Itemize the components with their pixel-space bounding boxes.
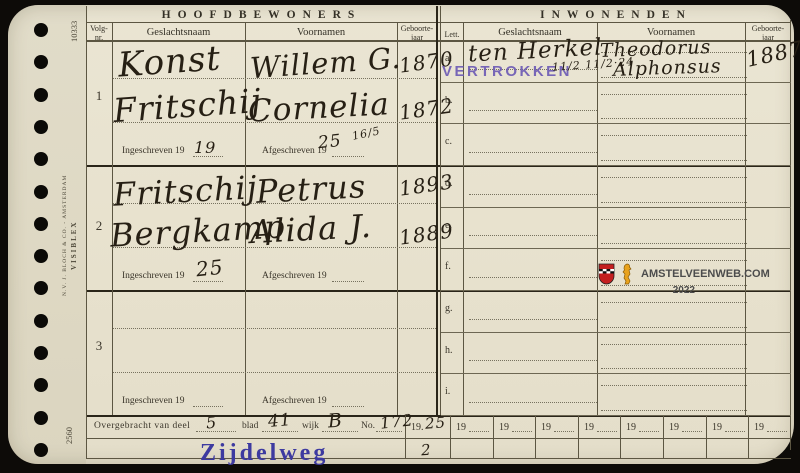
no-label: No. xyxy=(361,421,375,431)
amstelveen-shield-icon xyxy=(598,263,615,285)
entry-voornamen: Alida J. xyxy=(249,207,373,251)
ingeschreven-label: Ingeschreven 19 xyxy=(122,396,185,406)
punch-hole xyxy=(34,314,48,328)
punch-hole xyxy=(34,249,48,263)
volgnr-2: 2 xyxy=(86,218,112,234)
blad-label: blad xyxy=(242,421,258,431)
punch-hole xyxy=(34,217,48,231)
street-stamp: Zijdelweg xyxy=(200,440,328,467)
entry-geslachtsnaam: Konst xyxy=(117,38,223,85)
year-cell-4: 19 xyxy=(584,422,594,433)
ingeschreven-value: 19 xyxy=(194,138,216,157)
afgeschreven-value: 25 xyxy=(317,131,343,153)
inwonenden-row-i: i. xyxy=(441,373,791,416)
punch-hole xyxy=(34,120,48,134)
year-printed: 19. xyxy=(411,422,424,433)
inwonenden-row-h: h. xyxy=(441,332,791,375)
hoofdbewoners-title: HOOFDBEWONERS xyxy=(87,9,436,22)
form-number-bottom: 2560 xyxy=(64,414,74,444)
printer-name: VISIBLEX xyxy=(70,192,78,270)
afgeschreven-label: Afgeschreven 19 xyxy=(262,271,327,281)
year-cell-7: 19 xyxy=(712,422,722,433)
watermark-site: AMSTELVEENWEB.COM xyxy=(641,268,770,280)
volgnr-1: 1 xyxy=(86,88,112,104)
inwonenden-row-g: g. xyxy=(441,290,791,333)
lion-icon xyxy=(620,262,634,286)
inwonenden-row-c: c. xyxy=(441,123,791,166)
deel-value: 5 xyxy=(205,413,218,433)
year-value: 25 xyxy=(424,413,446,432)
inwonenden-row-e: e. xyxy=(441,207,791,250)
punch-hole xyxy=(34,411,48,425)
column-header-geslachtsnaam-left: Geslachtsnaam xyxy=(112,27,245,38)
printer-address: N.V. J. BLOCH & CO. - AMSTERDAM xyxy=(62,168,68,296)
year-cell-6: 19 xyxy=(669,422,679,433)
watermark: AMSTELVEENWEB.COM 2022 xyxy=(598,262,770,296)
column-header-voornamen-left: Voornamen xyxy=(245,27,397,38)
entry-voornamen: Cornelia xyxy=(247,86,391,129)
ingeschreven-label: Ingeschreven 19 xyxy=(122,146,185,156)
year-sub-value: 2 xyxy=(420,441,432,460)
blad-value: 41 xyxy=(267,410,292,432)
wijk-value: B xyxy=(327,410,343,433)
punch-hole xyxy=(34,346,48,360)
column-header-lett: Lett. xyxy=(441,29,463,40)
entry-voornamen: Petrus xyxy=(255,167,367,211)
ingeschreven-label: Ingeschreven 19 xyxy=(122,271,185,281)
column-header-voornamen-right: Voornamen xyxy=(597,27,745,38)
form-number-top: 10333 xyxy=(69,8,79,42)
punch-hole xyxy=(34,443,48,457)
scanned-register-card: 10333 VISIBLEX N.V. J. BLOCH & CO. - AMS… xyxy=(0,0,800,473)
year-cell-1: 19 xyxy=(456,422,466,433)
no-value: 172 xyxy=(379,410,414,432)
year-cell-8: 19 xyxy=(754,422,764,433)
punch-hole xyxy=(34,88,48,102)
year-cell-3: 19 xyxy=(541,422,551,433)
ingeschreven-value: 25 xyxy=(195,255,225,282)
year-cell-2: 19 xyxy=(499,422,509,433)
watermark-year: 2022 xyxy=(598,285,770,296)
punch-hole xyxy=(34,23,48,37)
inwonenden-row-b: b. xyxy=(441,82,791,125)
inwonenden-title: INWONENDEN xyxy=(441,9,791,22)
afgeschreven-label: Afgeschreven 19 xyxy=(262,396,327,406)
punch-hole xyxy=(34,185,48,199)
wijk-label: wijk xyxy=(302,421,319,431)
volgnr-3: 3 xyxy=(86,338,112,354)
inwonenden-row-d: d. xyxy=(441,165,791,208)
year-cell-5: 19 xyxy=(626,422,636,433)
afgeschreven-label: Afgeschreven 19 xyxy=(262,146,327,156)
entry-geslachtsnaam: Fritschij xyxy=(112,168,258,214)
overgebracht-label: Overgebracht van deel xyxy=(94,421,190,431)
